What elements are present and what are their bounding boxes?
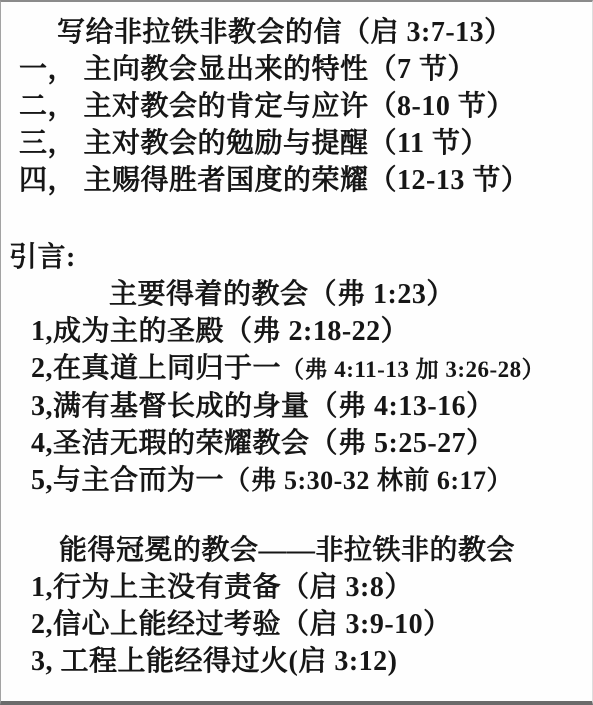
section-crowned-church: 能得冠冕的教会——非拉铁非的教会 1,行为上主没有责备（启 3:8） 2,信心上… (1, 532, 592, 680)
list-item: 3,满有基督长成的身量（弗 4:13-16） (31, 388, 592, 425)
item-text: 2,在真道上同归于一 (31, 353, 281, 384)
section-desired-church: 主要得着的教会（弗 1:23） 1,成为主的圣殿（弗 2:18-22） 2,在真… (1, 276, 592, 499)
scripture-ref: （启 3:8） (281, 572, 413, 603)
list-item: 4,圣洁无瑕的荣耀教会（弗 5:25-27） (31, 425, 592, 462)
item-text: 5,与主合而为一 (31, 465, 224, 496)
scripture-ref: （弗 5:30-32 林前 6:17） (224, 466, 513, 495)
scripture-ref: (启 3:12) (289, 646, 398, 677)
intro-label: 引言: (9, 239, 592, 276)
scripture-ref: （弗 2:18-22） (224, 316, 409, 347)
outline-item-2: 二， 主对教会的肯定与应许（8-10 节） (19, 88, 592, 125)
section-title: 主要得着的教会（弗 1:23） (109, 276, 592, 313)
list-item: 5,与主合而为一（弗 5:30-32 林前 6:17） (31, 462, 592, 499)
outline-item-3: 三， 主对教会的勉励与提醒（11 节） (19, 125, 592, 162)
section-title: 能得冠冕的教会——非拉铁非的教会 (59, 532, 592, 569)
item-text: 4,圣洁无瑕的荣耀教会 (31, 428, 310, 459)
document-page: 写给非拉铁非教会的信（启 3:7-13） 一， 主向教会显出来的特性（7 节） … (0, 0, 593, 705)
item-text: 3, 工程上能经得过火 (31, 646, 289, 677)
scripture-ref: （启 3:9-10） (281, 609, 452, 640)
item-text: 1,成为主的圣殿 (31, 316, 224, 347)
outline-list: 一， 主向教会显出来的特性（7 节） 二， 主对教会的肯定与应许（8-10 节）… (1, 51, 592, 199)
list-item: 2,信心上能经过考验（启 3:9-10） (31, 606, 592, 643)
list-item: 3, 工程上能经得过火(启 3:12) (31, 643, 592, 680)
scripture-ref: （弗 4:13-16） (310, 391, 495, 422)
outline-item-1: 一， 主向教会显出来的特性（7 节） (19, 51, 592, 88)
item-text: 3,满有基督长成的身量 (31, 391, 310, 422)
item-text: 2,信心上能经过考验 (31, 609, 281, 640)
document-title: 写给非拉铁非教会的信（启 3:7-13） (57, 14, 592, 51)
list-item: 1,成为主的圣殿（弗 2:18-22） (31, 313, 592, 350)
list-item: 1,行为上主没有责备（启 3:8） (31, 569, 592, 606)
scripture-ref: （弗 4:11-13 加 3:26-28） (281, 357, 545, 382)
outline-item-4: 四， 主赐得胜者国度的荣耀（12-13 节） (19, 162, 592, 199)
item-text: 1,行为上主没有责备 (31, 572, 281, 603)
scripture-ref: （弗 5:25-27） (310, 428, 495, 459)
list-item: 2,在真道上同归于一（弗 4:11-13 加 3:26-28） (31, 350, 592, 388)
